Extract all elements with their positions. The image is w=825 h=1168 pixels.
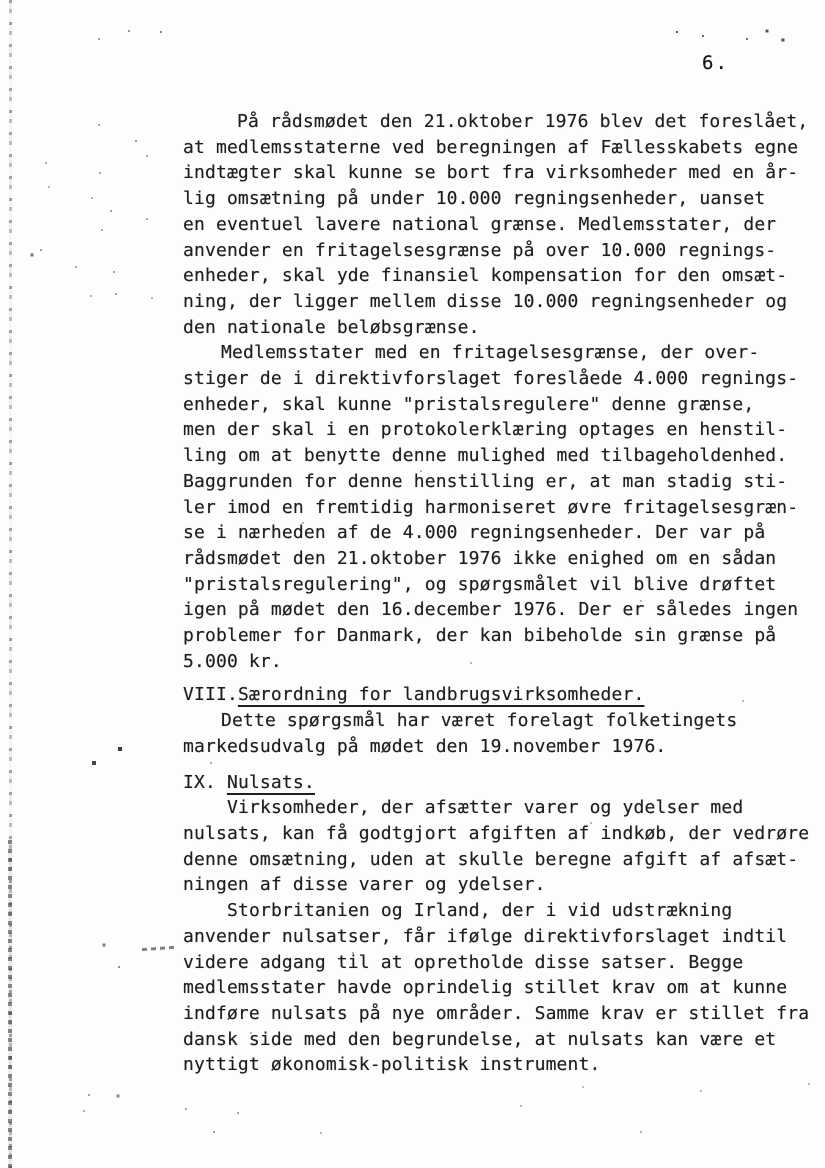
text-line: igen på mødet den 16.december 1976. Der … bbox=[183, 597, 815, 623]
document-text-block: På rådsmødet den 21.oktober 1976 blev de… bbox=[183, 109, 815, 1078]
section-title: Særordning for landbrugsvirksomheder. bbox=[238, 684, 645, 705]
text-line: denne omsætning, uden at skulle beregne … bbox=[183, 847, 815, 873]
text-line: rådsmødet den 21.oktober 1976 ikke enigh… bbox=[183, 546, 815, 572]
text-line: at medlemsstaterne ved beregningen af Fæ… bbox=[183, 135, 815, 161]
text-line: Dette spørgsmål har været forelagt folke… bbox=[183, 708, 815, 734]
text-line: dansk side med den begrundelse, at nulsa… bbox=[183, 1027, 815, 1053]
scan-speckles bbox=[0, 0, 2, 2]
text-line: indføre nulsats på nye områder. Samme kr… bbox=[183, 1001, 815, 1027]
text-line: problemer for Danmark, der kan bibeholde… bbox=[183, 623, 815, 649]
text-line: På rådsmødet den 21.oktober 1976 blev de… bbox=[183, 109, 815, 135]
text-line: medlemsstater havde oprindelig stillet k… bbox=[183, 975, 815, 1001]
text-line: indtægter skal kunne se bort fra virksom… bbox=[183, 160, 815, 186]
text-line: anvender nulsatser, får ifølge direktivf… bbox=[183, 924, 815, 950]
document-page: 6. På rådsmødet den 21.oktober 1976 blev… bbox=[0, 0, 825, 1168]
text-line: markedsudvalg på mødet den 19.november 1… bbox=[183, 734, 815, 760]
text-line: den nationale beløbsgrænse. bbox=[183, 315, 815, 341]
text-line: 5.000 kr. bbox=[183, 649, 815, 675]
text-line: stiger de i direktivforslaget foreslåede… bbox=[183, 366, 815, 392]
margin-pencil-mark bbox=[142, 946, 174, 951]
section-heading: VIII.Særordning for landbrugsvirksomhede… bbox=[183, 682, 815, 708]
text-line: anvender en fritagelsesgrænse på over 10… bbox=[183, 238, 815, 264]
text-line: lig omsætning på under 10.000 regningsen… bbox=[183, 186, 815, 212]
text-line: Virksomheder, der afsætter varer og ydel… bbox=[183, 795, 815, 821]
text-line: Baggrunden for denne henstilling er, at … bbox=[183, 469, 815, 495]
text-line: nulsats, kan få godtgjort afgiften af in… bbox=[183, 821, 815, 847]
text-line: enheder, skal yde finansiel kompensation… bbox=[183, 263, 815, 289]
text-line: men der skal i en protokolerklæring opta… bbox=[183, 417, 815, 443]
section-heading: IX.Nulsats. bbox=[183, 770, 815, 796]
page-number: 6. bbox=[702, 52, 729, 74]
text-line: nyttigt økonomisk-politisk instrument. bbox=[183, 1052, 815, 1078]
section-number: VIII. bbox=[183, 684, 238, 705]
text-line: Storbritanien og Irland, der i vid udstr… bbox=[183, 898, 815, 924]
section-number: IX. bbox=[183, 772, 216, 793]
text-line: videre adgang til at opretholde disse sa… bbox=[183, 950, 815, 976]
text-line: ning, der ligger mellem disse 10.000 reg… bbox=[183, 289, 815, 315]
text-line: ningen af disse varer og ydelser. bbox=[183, 872, 815, 898]
scan-edge-artifact bbox=[9, 0, 12, 1168]
text-line: ling om at benytte denne mulighed med ti… bbox=[183, 443, 815, 469]
text-line: en eventuel lavere national grænse. Medl… bbox=[183, 212, 815, 238]
section-title: Nulsats. bbox=[227, 772, 315, 793]
text-line: ler imod en fremtidig harmoniseret øvre … bbox=[183, 495, 815, 521]
text-line: Medlemsstater med en fritagelsesgrænse, … bbox=[183, 340, 815, 366]
text-line: "pristalsregulering", og spørgsmålet vil… bbox=[183, 572, 815, 598]
text-line: enheder, skal kunne "pristalsregulere" d… bbox=[183, 392, 815, 418]
text-line: se i nærheden af de 4.000 regningsenhede… bbox=[183, 520, 815, 546]
